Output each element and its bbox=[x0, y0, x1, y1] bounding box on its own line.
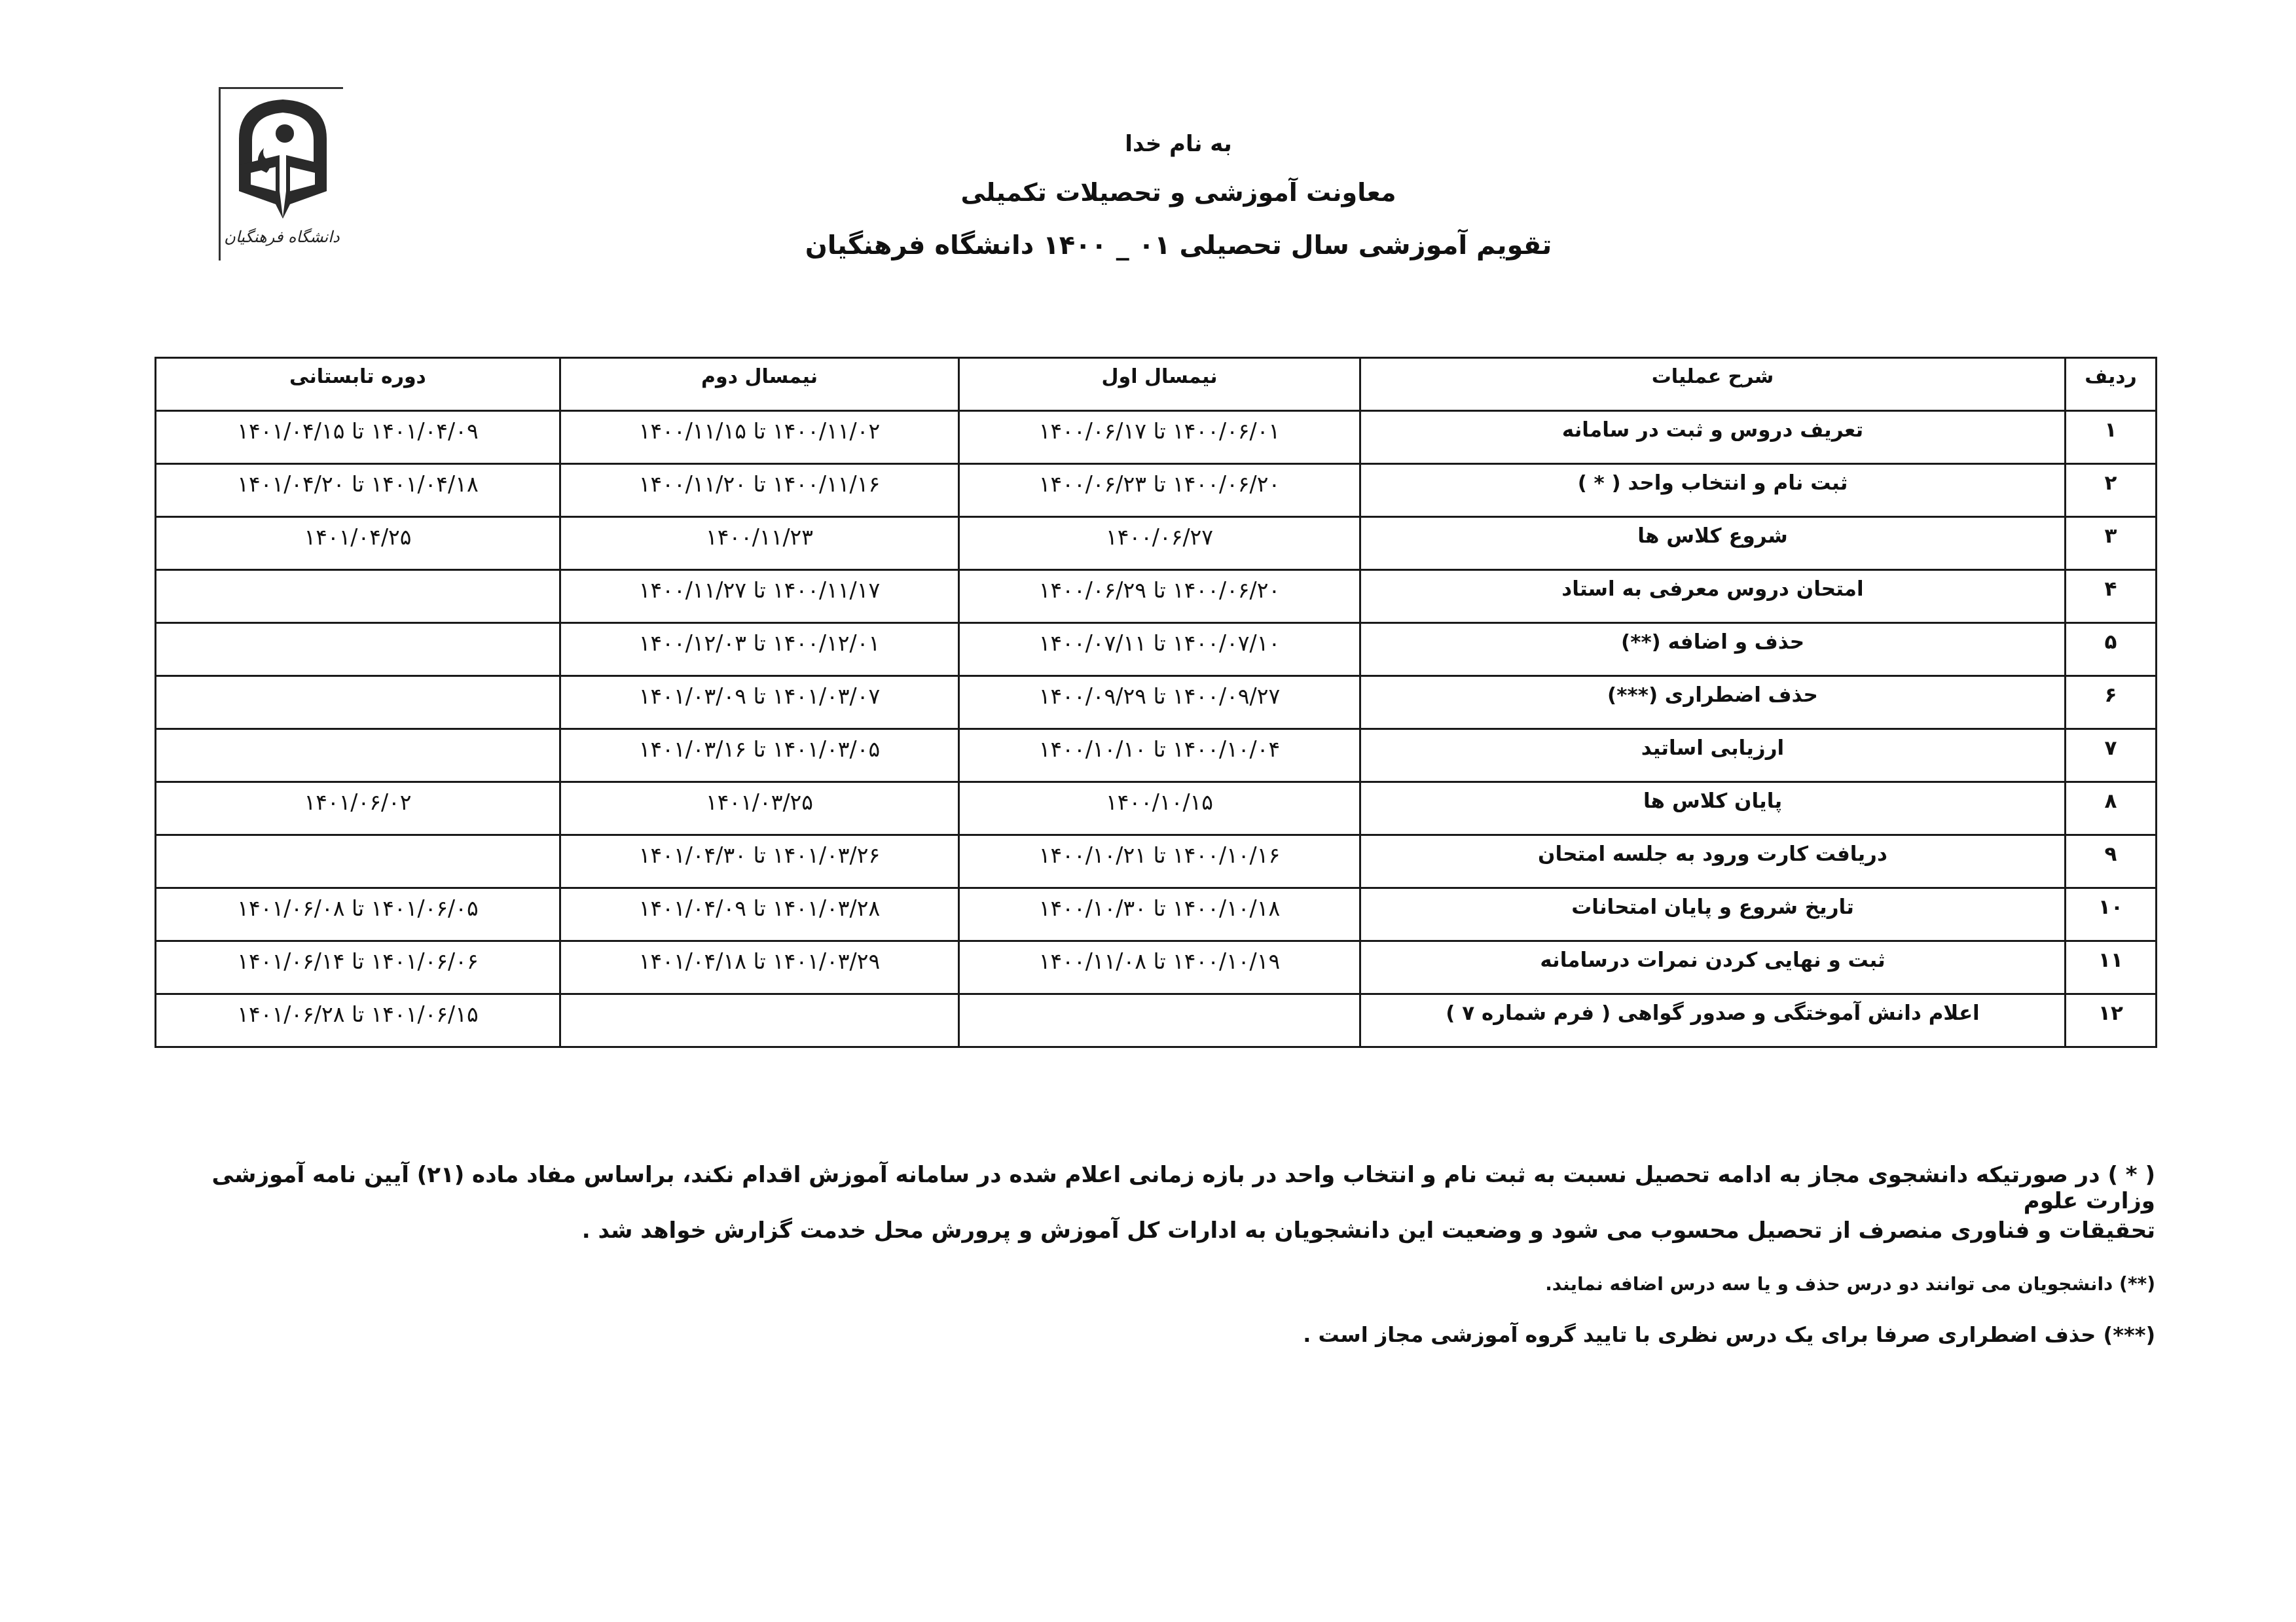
cell-description: حذف و اضافه (**) bbox=[1360, 623, 2066, 676]
cell-semester2: ۱۴۰۱/۰۳/۲۸ تا ۱۴۰۱/۰۴/۰۹ bbox=[560, 888, 959, 941]
cell-summer: ۱۴۰۱/۰۴/۱۸ تا ۱۴۰۱/۰۴/۲۰ bbox=[156, 464, 560, 517]
table-row: ۳ شروع کلاس ها ۱۴۰۰/۰۶/۲۷ ۱۴۰۰/۱۱/۲۳ ۱۴۰… bbox=[156, 517, 2157, 570]
cell-description: ثبت و نهایی کردن نمرات درسامانه bbox=[1360, 941, 2066, 994]
column-header-semester1: نیمسال اول bbox=[959, 358, 1360, 411]
cell-semester2: ۱۴۰۱/۰۳/۲۶ تا ۱۴۰۱/۰۴/۳۰ bbox=[560, 835, 959, 888]
cell-radif: ۱۲ bbox=[2066, 994, 2157, 1047]
table-row: ۵ حذف و اضافه (**) ۱۴۰۰/۰۷/۱۰ تا ۱۴۰۰/۰۷… bbox=[156, 623, 2157, 676]
cell-semester1: ۱۴۰۰/۱۰/۱۹ تا ۱۴۰۰/۱۱/۰۸ bbox=[959, 941, 1360, 994]
university-logo: دانشگاه فرهنگیان bbox=[219, 87, 343, 261]
column-header-summer: دوره تابستانی bbox=[156, 358, 560, 411]
table-row: ۲ ثبت نام و انتخاب واحد ( * ) ۱۴۰۰/۰۶/۲۰… bbox=[156, 464, 2157, 517]
cell-semester2: ۱۴۰۱/۰۳/۲۵ bbox=[560, 782, 959, 835]
cell-semester1: ۱۴۰۰/۰۷/۱۰ تا ۱۴۰۰/۰۷/۱۱ bbox=[959, 623, 1360, 676]
cell-semester2: ۱۴۰۱/۰۳/۲۹ تا ۱۴۰۱/۰۴/۱۸ bbox=[560, 941, 959, 994]
cell-radif: ۹ bbox=[2066, 835, 2157, 888]
cell-description: دریافت کارت ورود به جلسه امتحان bbox=[1360, 835, 2066, 888]
cell-radif: ۲ bbox=[2066, 464, 2157, 517]
cell-description: حذف اضطراری (***) bbox=[1360, 676, 2066, 729]
cell-radif: ۱۱ bbox=[2066, 941, 2157, 994]
table-row: ۱۱ ثبت و نهایی کردن نمرات درسامانه ۱۴۰۰/… bbox=[156, 941, 2157, 994]
cell-summer: ۱۴۰۱/۰۶/۰۲ bbox=[156, 782, 560, 835]
cell-summer: ۱۴۰۱/۰۶/۰۵ تا ۱۴۰۱/۰۶/۰۸ bbox=[156, 888, 560, 941]
cell-summer: ۱۴۰۱/۰۴/۲۵ bbox=[156, 517, 560, 570]
cell-description: تاریخ شروع و پایان امتحانات bbox=[1360, 888, 2066, 941]
cell-summer bbox=[156, 623, 560, 676]
table-row: ۹ دریافت کارت ورود به جلسه امتحان ۱۴۰۰/۱… bbox=[156, 835, 2157, 888]
cell-summer bbox=[156, 676, 560, 729]
cell-semester2: ۱۴۰۰/۱۱/۰۲ تا ۱۴۰۰/۱۱/۱۵ bbox=[560, 411, 959, 464]
cell-summer: ۱۴۰۱/۰۴/۰۹ تا ۱۴۰۱/۰۴/۱۵ bbox=[156, 411, 560, 464]
column-header-semester2: نیمسال دوم bbox=[560, 358, 959, 411]
table-row: ۱۰ تاریخ شروع و پایان امتحانات ۱۴۰۰/۱۰/۱… bbox=[156, 888, 2157, 941]
cell-radif: ۱ bbox=[2066, 411, 2157, 464]
cell-semester2: ۱۴۰۰/۱۱/۲۳ bbox=[560, 517, 959, 570]
cell-description: اعلام دانش آموختگی و صدور گواهی ( فرم شم… bbox=[1360, 994, 2066, 1047]
table-row: ۱۲ اعلام دانش آموختگی و صدور گواهی ( فرم… bbox=[156, 994, 2157, 1047]
cell-summer: ۱۴۰۱/۰۶/۱۵ تا ۱۴۰۱/۰۶/۲۸ bbox=[156, 994, 560, 1047]
cell-semester1: ۱۴۰۰/۰۶/۲۷ bbox=[959, 517, 1360, 570]
cell-semester2: ۱۴۰۰/۱۱/۱۶ تا ۱۴۰۰/۱۱/۲۰ bbox=[560, 464, 959, 517]
cell-semester2: ۱۴۰۰/۱۱/۱۷ تا ۱۴۰۰/۱۱/۲۷ bbox=[560, 570, 959, 623]
cell-semester2: ۱۴۰۱/۰۳/۰۷ تا ۱۴۰۱/۰۳/۰۹ bbox=[560, 676, 959, 729]
table-row: ۱ تعریف دروس و ثبت در سامانه ۱۴۰۰/۰۶/۰۱ … bbox=[156, 411, 2157, 464]
cell-radif: ۷ bbox=[2066, 729, 2157, 782]
cell-radif: ۶ bbox=[2066, 676, 2157, 729]
cell-description: ارزیابی اساتید bbox=[1360, 729, 2066, 782]
cell-semester2: ۱۴۰۱/۰۳/۰۵ تا ۱۴۰۱/۰۳/۱۶ bbox=[560, 729, 959, 782]
footnote-1-line-2: تحقیقات و فناوری منصرف از تحصیل محسوب می… bbox=[155, 1217, 2155, 1244]
table-header-row: ردیف شرح عملیات نیمسال اول نیمسال دوم دو… bbox=[156, 358, 2157, 411]
cell-semester2 bbox=[560, 994, 959, 1047]
cell-description: شروع کلاس ها bbox=[1360, 517, 2066, 570]
cell-summer bbox=[156, 570, 560, 623]
university-logo-icon bbox=[227, 93, 338, 224]
cell-radif: ۱۰ bbox=[2066, 888, 2157, 941]
cell-summer bbox=[156, 729, 560, 782]
cell-semester1: ۱۴۰۰/۱۰/۰۴ تا ۱۴۰۰/۱۰/۱۰ bbox=[959, 729, 1360, 782]
table-row: ۸ پایان کلاس ها ۱۴۰۰/۱۰/۱۵ ۱۴۰۱/۰۳/۲۵ ۱۴… bbox=[156, 782, 2157, 835]
footnote-3: (***) حذف اضطراری صرفا برای یک درس نظری … bbox=[155, 1322, 2155, 1347]
table-row: ۷ ارزیابی اساتید ۱۴۰۰/۱۰/۰۴ تا ۱۴۰۰/۱۰/۱… bbox=[156, 729, 2157, 782]
cell-semester1: ۱۴۰۰/۰۹/۲۷ تا ۱۴۰۰/۰۹/۲۹ bbox=[959, 676, 1360, 729]
logo-caption: دانشگاه فرهنگیان bbox=[223, 228, 340, 246]
cell-semester2: ۱۴۰۰/۱۲/۰۱ تا ۱۴۰۰/۱۲/۰۳ bbox=[560, 623, 959, 676]
academic-calendar-table: ردیف شرح عملیات نیمسال اول نیمسال دوم دو… bbox=[155, 357, 2157, 1048]
cell-semester1: ۱۴۰۰/۱۰/۱۸ تا ۱۴۰۰/۱۰/۳۰ bbox=[959, 888, 1360, 941]
cell-semester1: ۱۴۰۰/۰۶/۲۰ تا ۱۴۰۰/۰۶/۲۳ bbox=[959, 464, 1360, 517]
cell-radif: ۳ bbox=[2066, 517, 2157, 570]
cell-description: پایان کلاس ها bbox=[1360, 782, 2066, 835]
cell-description: تعریف دروس و ثبت در سامانه bbox=[1360, 411, 2066, 464]
column-header-description: شرح عملیات bbox=[1360, 358, 2066, 411]
cell-semester1: ۱۴۰۰/۱۰/۱۶ تا ۱۴۰۰/۱۰/۲۱ bbox=[959, 835, 1360, 888]
table-row: ۶ حذف اضطراری (***) ۱۴۰۰/۰۹/۲۷ تا ۱۴۰۰/۰… bbox=[156, 676, 2157, 729]
cell-semester1: ۱۴۰۰/۰۶/۲۰ تا ۱۴۰۰/۰۶/۲۹ bbox=[959, 570, 1360, 623]
cell-description: ثبت نام و انتخاب واحد ( * ) bbox=[1360, 464, 2066, 517]
cell-summer: ۱۴۰۱/۰۶/۰۶ تا ۱۴۰۱/۰۶/۱۴ bbox=[156, 941, 560, 994]
cell-description: امتحان دروس معرفی به استاد bbox=[1360, 570, 2066, 623]
footnote-1-line-1: ( * ) در صورتیکه دانشجوی مجاز به ادامه ت… bbox=[155, 1162, 2155, 1214]
cell-semester1: ۱۴۰۰/۱۰/۱۵ bbox=[959, 782, 1360, 835]
department-heading: معاونت آموزشی و تحصیلات تکمیلی bbox=[655, 178, 1702, 207]
cell-radif: ۸ bbox=[2066, 782, 2157, 835]
cell-semester1 bbox=[959, 994, 1360, 1047]
table-row: ۴ امتحان دروس معرفی به استاد ۱۴۰۰/۰۶/۲۰ … bbox=[156, 570, 2157, 623]
cell-radif: ۴ bbox=[2066, 570, 2157, 623]
page-title: تقویم آموزشی سال تحصیلی ۰۱ _ ۱۴۰۰ دانشگا… bbox=[655, 230, 1702, 261]
cell-radif: ۵ bbox=[2066, 623, 2157, 676]
cell-summer bbox=[156, 835, 560, 888]
footnote-2: (**) دانشجویان می توانند دو درس حذف و یا… bbox=[155, 1273, 2155, 1295]
cell-semester1: ۱۴۰۰/۰۶/۰۱ تا ۱۴۰۰/۰۶/۱۷ bbox=[959, 411, 1360, 464]
invocation-heading: به نام خدا bbox=[655, 131, 1702, 157]
column-header-radif: ردیف bbox=[2066, 358, 2157, 411]
